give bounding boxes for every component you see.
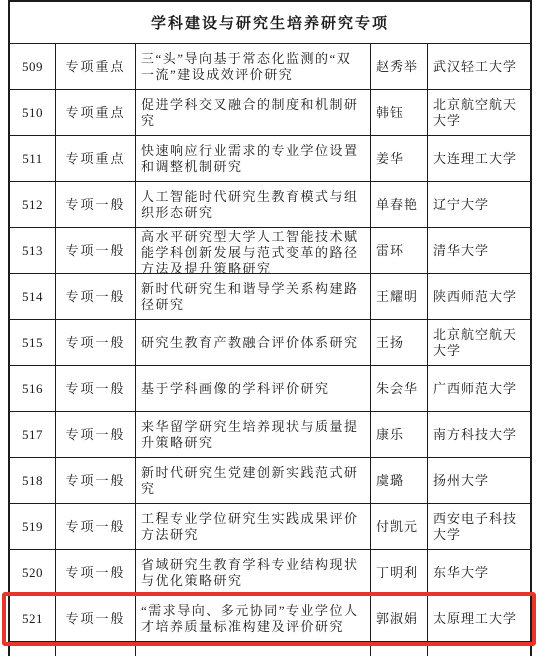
table-row: 516专项一般基于学科画像的学科评价研究朱会华广西师范大学 xyxy=(10,365,530,411)
row-category: 专项一般 xyxy=(55,596,135,641)
row-university-text: 太原理工大学 xyxy=(428,611,522,627)
table-row: 512专项一般人工智能时代研究生教育模式与组织形态研究单春艳辽宁大学 xyxy=(10,181,530,227)
row-university: 东华大学 xyxy=(427,550,530,595)
row-project-title: 研究生教育产教融合评价体系研究 xyxy=(135,320,370,365)
row-university-text: 扬州大学 xyxy=(428,473,494,489)
row-project-title-text: “需求导向、多元协同”专业学位人才培养质量标准构建及评价研究 xyxy=(136,603,370,635)
row-category: 专项一般 xyxy=(55,320,135,365)
row-category: 专项一般 xyxy=(55,412,135,457)
row-university: 辽宁大学 xyxy=(427,182,530,227)
row-category: 专项一般 xyxy=(55,504,135,549)
row-number: 519 xyxy=(10,504,55,549)
row-person-name: 付凯元 xyxy=(370,504,427,549)
row-project-title: 基于学科画像的学科评价研究 xyxy=(135,366,370,411)
row-project-title-text: 高水平研究型大学人工智能技术赋能学科创新发展与范式变革的路径方法及提升策略研究 xyxy=(136,229,370,273)
row-project-title: 来华留学研究生培养现状与质量提升策略研究 xyxy=(135,412,370,457)
row-category: 专项重点 xyxy=(55,90,135,135)
row-project-title-text: 新时代研究生和谐导学关系构建路径研究 xyxy=(136,281,370,313)
table-continuation-cell xyxy=(370,644,427,656)
row-university-text: 大连理工大学 xyxy=(428,151,522,167)
row-university-text: 广西师范大学 xyxy=(428,381,522,397)
row-number: 513 xyxy=(10,228,55,273)
table-title: 学科建设与研究生培养研究专项 xyxy=(10,2,530,43)
row-project-title-text: 研究生教育产教融合评价体系研究 xyxy=(136,335,364,351)
row-category: 专项一般 xyxy=(55,458,135,503)
row-university: 广西师范大学 xyxy=(427,366,530,411)
row-number: 521 xyxy=(10,596,55,641)
row-university-text: 辽宁大学 xyxy=(428,197,494,213)
row-person-name: 康乐 xyxy=(370,412,427,457)
row-number: 512 xyxy=(10,182,55,227)
row-category: 专项一般 xyxy=(55,550,135,595)
row-number: 514 xyxy=(10,274,55,319)
row-project-title: 高水平研究型大学人工智能技术赋能学科创新发展与范式变革的路径方法及提升策略研究 xyxy=(135,228,370,273)
row-project-title: “需求导向、多元协同”专业学位人才培养质量标准构建及评价研究 xyxy=(135,596,370,641)
row-project-title-text: 促进学科交叉融合的制度和机制研究 xyxy=(136,97,370,129)
row-university: 南方科技大学 xyxy=(427,412,530,457)
row-university-text: 北京航空航天大学 xyxy=(428,97,530,129)
row-university: 扬州大学 xyxy=(427,458,530,503)
row-person-name: 单春艳 xyxy=(370,182,427,227)
row-university-text: 清华大学 xyxy=(428,243,494,259)
table-row: 509专项重点三“头”导向基于常态化监测的“双一流”建设成效评价研究赵秀举武汉轻… xyxy=(10,43,530,89)
row-project-title-text: 工程专业学位研究生实践成果评价方法研究 xyxy=(136,511,370,543)
row-project-title-text: 基于学科画像的学科评价研究 xyxy=(136,381,335,397)
row-project-title-text: 新时代研究生党建创新实践范式研究 xyxy=(136,465,370,497)
table-continuation-cell xyxy=(135,644,370,656)
row-university: 大连理工大学 xyxy=(427,136,530,181)
row-category: 专项一般 xyxy=(55,274,135,319)
row-person-name: 王耀明 xyxy=(370,274,427,319)
table-row: 511专项重点快速响应行业需求的专业学位设置和调整机制研究姜华大连理工大学 xyxy=(10,135,530,181)
table-row: 518专项一般新时代研究生党建创新实践范式研究虞璐扬州大学 xyxy=(10,457,530,503)
table-row: 517专项一般来华留学研究生培养现状与质量提升策略研究康乐南方科技大学 xyxy=(10,411,530,457)
table-row: 519专项一般工程专业学位研究生实践成果评价方法研究付凯元西安电子科技大学 xyxy=(10,503,530,549)
row-person-name: 丁明利 xyxy=(370,550,427,595)
row-university-text: 南方科技大学 xyxy=(428,427,522,443)
row-project-title: 快速响应行业需求的专业学位设置和调整机制研究 xyxy=(135,136,370,181)
row-project-title-text: 快速响应行业需求的专业学位设置和调整机制研究 xyxy=(136,143,370,175)
row-university-text: 西安电子科技大学 xyxy=(428,511,530,543)
project-table: 学科建设与研究生培养研究专项 509专项重点三“头”导向基于常态化监测的“双一流… xyxy=(8,0,532,643)
row-university: 清华大学 xyxy=(427,228,530,273)
row-project-title: 工程专业学位研究生实践成果评价方法研究 xyxy=(135,504,370,549)
row-person-name: 雷环 xyxy=(370,228,427,273)
row-university: 武汉轻工大学 xyxy=(427,44,530,89)
row-number: 509 xyxy=(10,44,55,89)
row-person-name: 虞璐 xyxy=(370,458,427,503)
table-continuation-cell xyxy=(427,644,530,656)
row-university: 西安电子科技大学 xyxy=(427,504,530,549)
table-continuation-cell xyxy=(55,644,135,656)
row-project-title-text: 人工智能时代研究生教育模式与组织形态研究 xyxy=(136,189,370,221)
row-project-title: 省域研究生教育学科专业结构现状与优化策略研究 xyxy=(135,550,370,595)
table-row: 510专项重点促进学科交叉融合的制度和机制研究韩钰北京航空航天大学 xyxy=(10,89,530,135)
row-category: 专项重点 xyxy=(55,44,135,89)
table-continuation xyxy=(8,644,532,656)
row-person-name: 王扬 xyxy=(370,320,427,365)
row-project-title-text: 来华留学研究生培养现状与质量提升策略研究 xyxy=(136,419,370,451)
row-category: 专项重点 xyxy=(55,136,135,181)
table-continuation-cell xyxy=(10,644,55,656)
row-category: 专项一般 xyxy=(55,182,135,227)
row-project-title: 新时代研究生党建创新实践范式研究 xyxy=(135,458,370,503)
row-number: 518 xyxy=(10,458,55,503)
row-university: 陕西师范大学 xyxy=(427,274,530,319)
row-university: 北京航空航天大学 xyxy=(427,90,530,135)
row-project-title-text: 三“头”导向基于常态化监测的“双一流”建设成效评价研究 xyxy=(136,51,370,83)
row-person-name: 姜华 xyxy=(370,136,427,181)
row-person-name: 朱会华 xyxy=(370,366,427,411)
row-number: 516 xyxy=(10,366,55,411)
row-project-title: 三“头”导向基于常态化监测的“双一流”建设成效评价研究 xyxy=(135,44,370,89)
row-university: 北京航空航天大学 xyxy=(427,320,530,365)
row-university-text: 陕西师范大学 xyxy=(428,289,522,305)
row-category: 专项一般 xyxy=(55,366,135,411)
row-person-name: 郭淑娟 xyxy=(370,596,427,641)
row-category: 专项一般 xyxy=(55,228,135,273)
row-university-text: 武汉轻工大学 xyxy=(428,59,522,75)
row-number: 520 xyxy=(10,550,55,595)
row-number: 517 xyxy=(10,412,55,457)
table-row: 514专项一般新时代研究生和谐导学关系构建路径研究王耀明陕西师范大学 xyxy=(10,273,530,319)
row-university-text: 北京航空航天大学 xyxy=(428,327,530,359)
table-row: 520专项一般省域研究生教育学科专业结构现状与优化策略研究丁明利东华大学 xyxy=(10,549,530,595)
row-project-title: 新时代研究生和谐导学关系构建路径研究 xyxy=(135,274,370,319)
table-body: 509专项重点三“头”导向基于常态化监测的“双一流”建设成效评价研究赵秀举武汉轻… xyxy=(10,43,530,641)
row-university-text: 东华大学 xyxy=(428,565,494,581)
row-number: 510 xyxy=(10,90,55,135)
table-row: 515专项一般研究生教育产教融合评价体系研究王扬北京航空航天大学 xyxy=(10,319,530,365)
row-number: 515 xyxy=(10,320,55,365)
row-project-title-text: 省域研究生教育学科专业结构现状与优化策略研究 xyxy=(136,557,370,589)
table-row: 513专项一般高水平研究型大学人工智能技术赋能学科创新发展与范式变革的路径方法及… xyxy=(10,227,530,273)
row-project-title: 促进学科交叉融合的制度和机制研究 xyxy=(135,90,370,135)
row-university: 太原理工大学 xyxy=(427,596,530,641)
row-person-name: 韩钰 xyxy=(370,90,427,135)
row-person-name: 赵秀举 xyxy=(370,44,427,89)
table-row: 521专项一般“需求导向、多元协同”专业学位人才培养质量标准构建及评价研究郭淑娟… xyxy=(10,595,530,641)
row-project-title: 人工智能时代研究生教育模式与组织形态研究 xyxy=(135,182,370,227)
row-number: 511 xyxy=(10,136,55,181)
